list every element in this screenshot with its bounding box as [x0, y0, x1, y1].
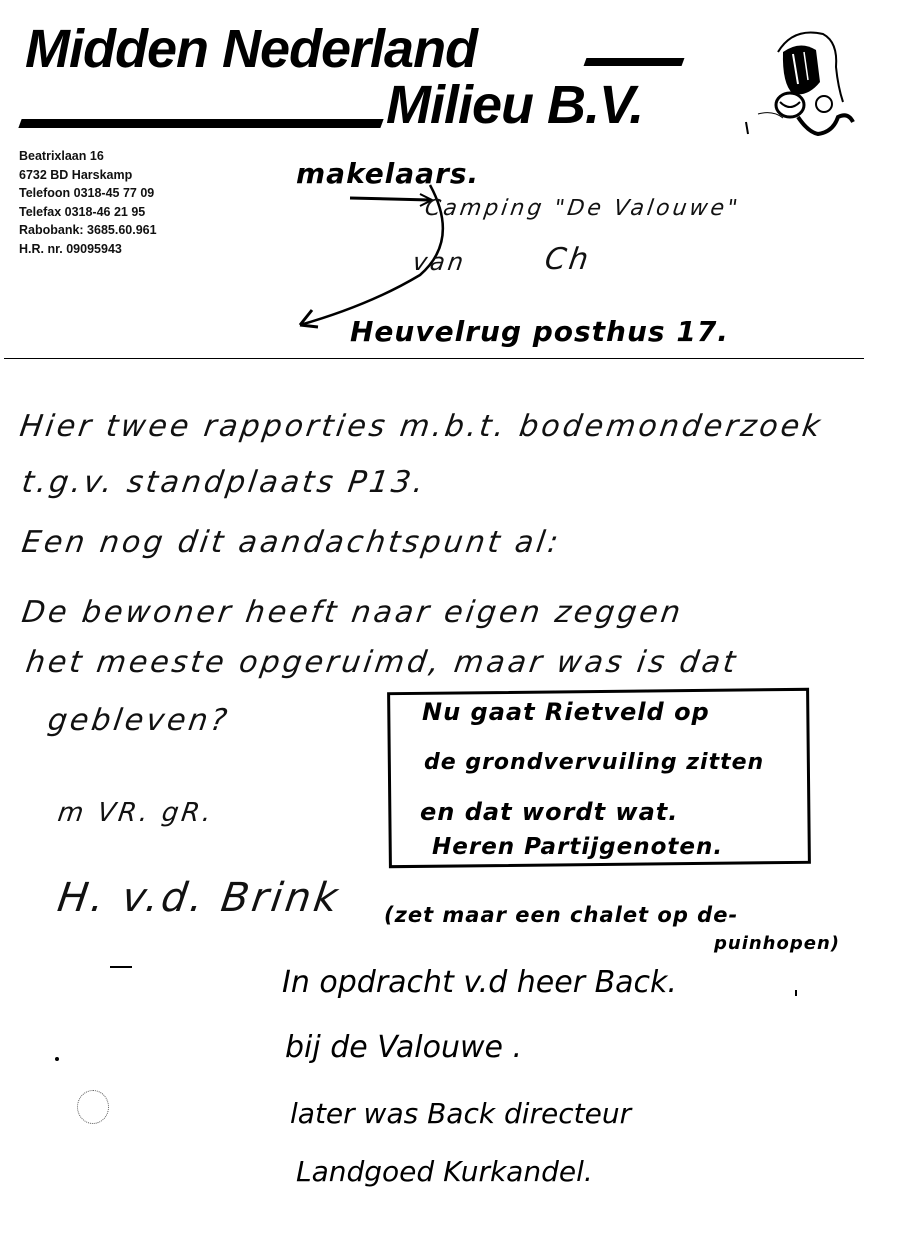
body-line-1: Hier twee rapporties m.b.t. bodemonderzo…	[18, 412, 825, 442]
address-fax: Telefax 0318-46 21 95	[19, 203, 157, 222]
boxed-note-line-1: Nu gaat Rietveld op	[422, 700, 710, 724]
letterhead-divider	[4, 358, 864, 359]
side-note-line-1: (zet maar een chalet op de-	[384, 905, 738, 926]
boxed-note-line-2: de grondvervuiling zitten	[424, 752, 764, 774]
scan-mark	[110, 966, 132, 968]
body-line-4: De bewoner heeft naar eigen zeggen	[20, 598, 685, 628]
address-bank: Rabobank: 3685.60.961	[19, 221, 157, 240]
side-note-line-2: puinhopen)	[714, 935, 840, 953]
letterhead-bar-bottom	[18, 119, 383, 128]
annotation-initials: Ch	[543, 245, 593, 275]
company-name-line2: Milieu B.V.	[386, 78, 643, 132]
letterhead-bar-top	[584, 58, 685, 66]
punch-hole-mark	[77, 1090, 109, 1124]
address-registry: H.R. nr. 09095943	[19, 240, 157, 259]
bottom-note-line-2: bij de Valouwe .	[285, 1033, 522, 1063]
company-name-line1: Midden Nederland	[25, 22, 477, 76]
bottom-note-line-4: Landgoed Kurkandel.	[296, 1158, 593, 1186]
bottom-note-line-3: later was Back directeur	[290, 1100, 631, 1128]
scan-dot	[55, 1057, 59, 1061]
boxed-note-line-3: en dat wordt wat.	[420, 800, 678, 824]
scan-dot	[795, 990, 797, 996]
body-line-2: t.g.v. standplaats P13.	[20, 468, 428, 498]
address-phone: Telefoon 0318-45 77 09	[19, 184, 157, 203]
gas-mask-worker-icon	[738, 22, 868, 137]
annotation-camping: Camping "De Valouwe"	[423, 198, 741, 220]
address-postal-city: 6732 BD Harskamp	[19, 166, 157, 185]
boxed-note-line-4: Heren Partijgenoten.	[432, 836, 723, 859]
company-address-block: Beatrixlaan 16 6732 BD Harskamp Telefoon…	[19, 147, 157, 259]
address-street: Beatrixlaan 16	[19, 147, 157, 166]
annotation-van: van	[411, 250, 467, 274]
signature: H. v.d. Brink	[55, 878, 343, 918]
body-closing: m VR. gR.	[56, 800, 215, 826]
body-line-6: gebleven?	[46, 706, 232, 736]
bottom-note-line-1: In opdracht v.d heer Back.	[282, 968, 677, 998]
body-line-5: het meeste opgeruimd, maar was is dat	[24, 648, 740, 678]
body-line-3: Een nog dit aandachtspunt al:	[20, 528, 563, 558]
annotation-address-target: Heuvelrug posthus 17.	[350, 318, 729, 346]
